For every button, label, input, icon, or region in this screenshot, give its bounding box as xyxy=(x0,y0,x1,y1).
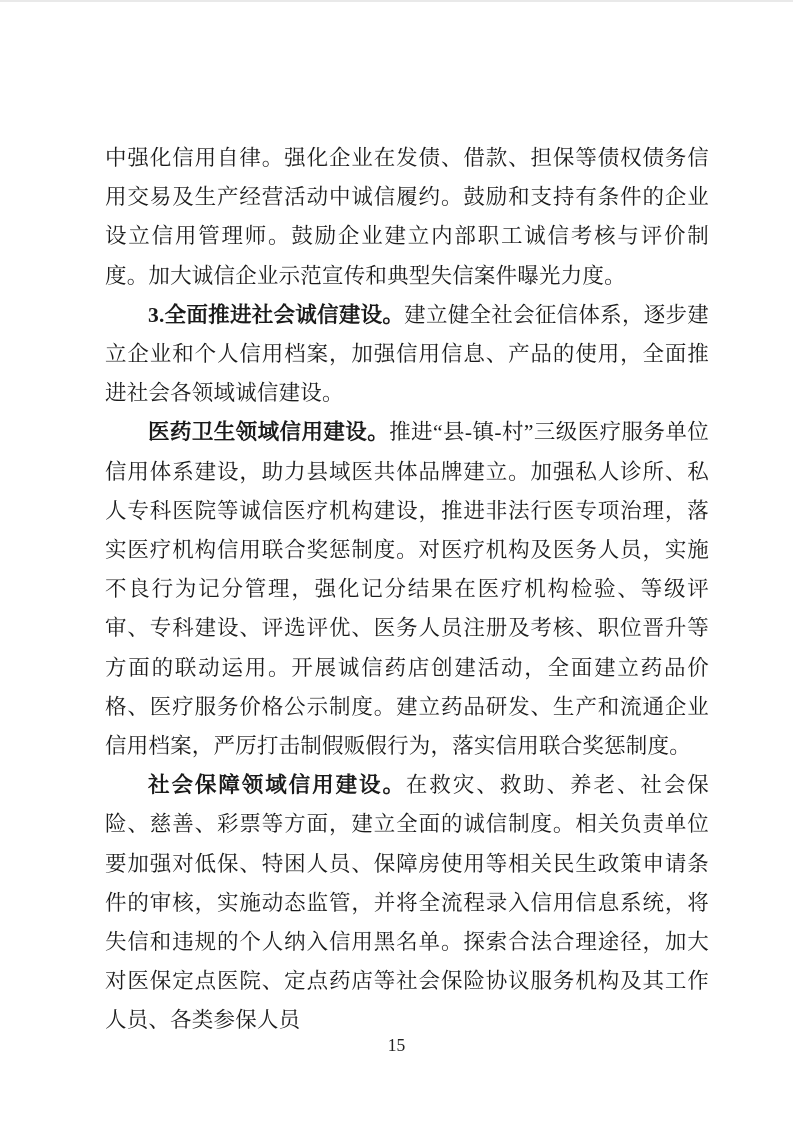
paragraph: 医药卫生领域信用建设。推进“县-镇-村”三级医疗服务单位信用体系建设，助力县域医… xyxy=(105,413,709,766)
scan-edge-line xyxy=(0,0,793,2)
paragraph-heading: 3.全面推进社会诚信建设。 xyxy=(148,303,404,327)
document-page: 中强化信用自律。强化企业在发债、借款、担保等债权债务信用交易及生产经营活动中诚信… xyxy=(0,0,793,1122)
paragraph: 3.全面推进社会诚信建设。建立健全社会征信体系，逐步建立企业和个人信用档案，加强… xyxy=(105,296,709,414)
document-body: 中强化信用自律。强化企业在发债、借款、担保等债权债务信用交易及生产经营活动中诚信… xyxy=(105,139,709,1041)
paragraph-text: 推进“县-镇-村”三级医疗服务单位信用体系建设，助力县域医共体品牌建立。加强私人… xyxy=(105,420,709,758)
page-number: 15 xyxy=(0,1033,793,1057)
paragraph: 中强化信用自律。强化企业在发债、借款、担保等债权债务信用交易及生产经营活动中诚信… xyxy=(105,139,709,296)
paragraph-heading: 社会保障领域信用建设。 xyxy=(148,773,406,797)
paragraph-text: 在救灾、救助、养老、社会保险、慈善、彩票等方面，建立全面的诚信制度。相关负责单位… xyxy=(105,773,709,1032)
paragraph-text: 中强化信用自律。强化企业在发债、借款、担保等债权债务信用交易及生产经营活动中诚信… xyxy=(105,146,709,288)
paragraph: 社会保障领域信用建设。在救灾、救助、养老、社会保险、慈善、彩票等方面，建立全面的… xyxy=(105,766,709,1040)
paragraph-heading: 医药卫生领域信用建设。 xyxy=(148,420,389,444)
